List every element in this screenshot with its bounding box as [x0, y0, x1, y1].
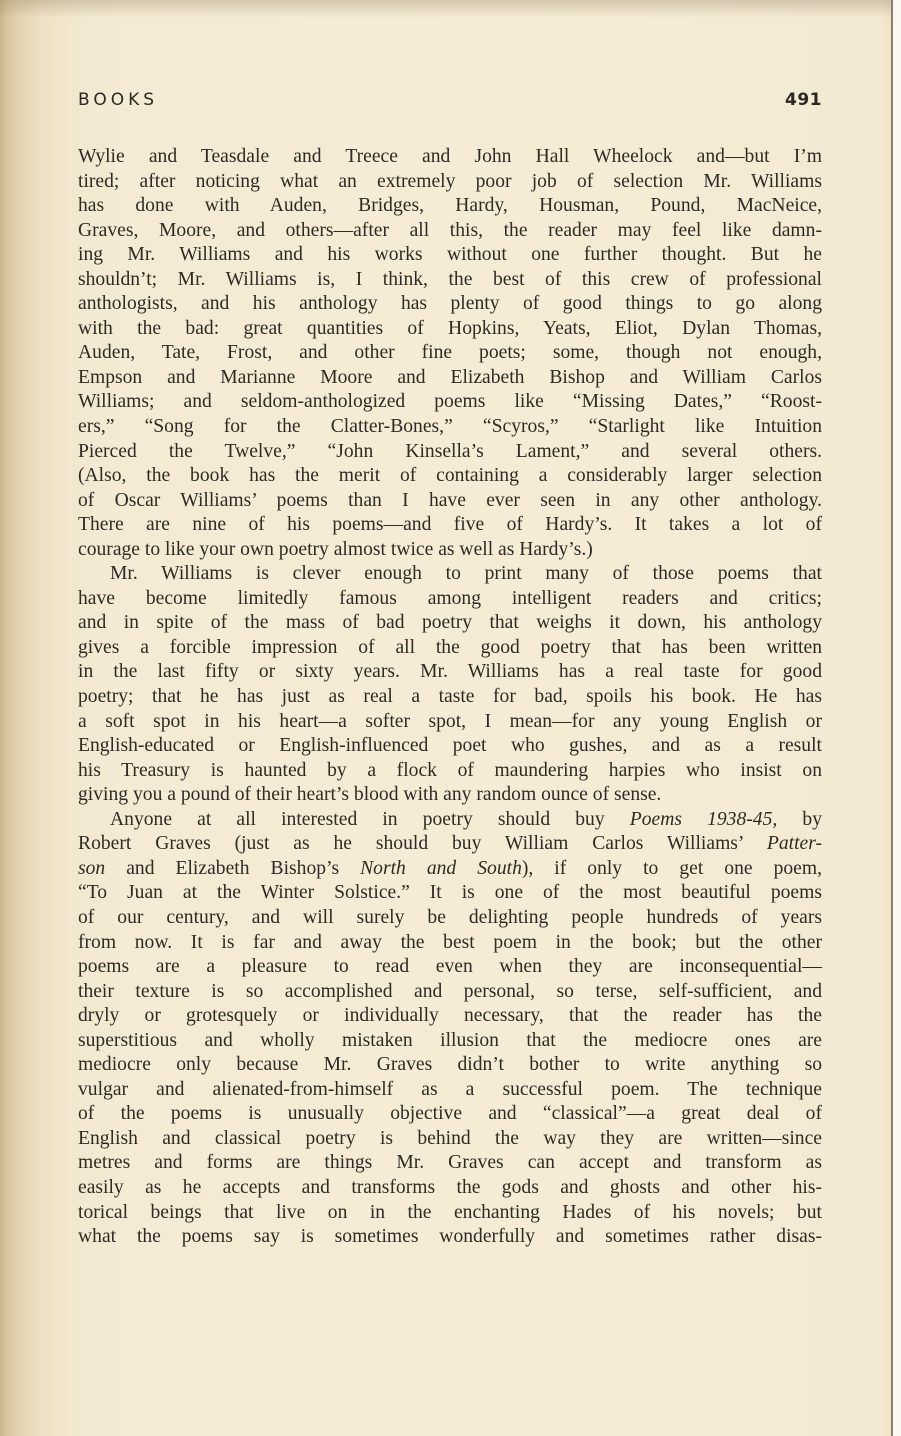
- running-head: BOOKS 491: [78, 90, 822, 114]
- text-line: metres and forms are things Mr. Graves c…: [78, 1151, 822, 1176]
- italic-title: son: [78, 858, 105, 879]
- text-line: gives a forcible impression of all the g…: [78, 636, 822, 661]
- text-line: of our century, and will surely be delig…: [78, 906, 822, 931]
- text-line: and in spite of the mass of bad poetry t…: [78, 611, 822, 636]
- text-line: Graves, Moore, and others—after all this…: [78, 219, 822, 244]
- page-number: 491: [785, 90, 822, 110]
- italic-title: Poems 1938-45,: [630, 809, 778, 830]
- text-line: Empson and Marianne Moore and Elizabeth …: [78, 366, 822, 391]
- italic-title: Patter-: [767, 833, 822, 854]
- text-line: (Also, the book has the merit of contain…: [78, 464, 822, 489]
- text-line: “To Juan at the Winter Solstice.” It is …: [78, 881, 822, 906]
- text-line: his Treasury is haunted by a flock of ma…: [78, 759, 822, 784]
- text-line: has done with Auden, Bridges, Hardy, Hou…: [78, 194, 822, 219]
- text-line: easily as he accepts and transforms the …: [78, 1176, 822, 1201]
- text-line: superstitious and wholly mistaken illusi…: [78, 1029, 822, 1054]
- text-line: vulgar and alienated-from-himself as a s…: [78, 1078, 822, 1103]
- text-line: shouldn’t; Mr. Williams is, I think, the…: [78, 268, 822, 293]
- paragraph: Mr. Williams is clever enough to print m…: [78, 562, 822, 807]
- text-line: with the bad: great quantities of Hopkin…: [78, 317, 822, 342]
- text-line: giving you a pound of their heart’s bloo…: [78, 783, 822, 808]
- top-edge-shadow: [0, 0, 901, 18]
- text-line: Robert Graves (just as he should buy Wil…: [78, 832, 822, 857]
- text-line: son and Elizabeth Bishop’s North and Sou…: [78, 857, 822, 882]
- text-line: There are nine of his poems—and five of …: [78, 513, 822, 538]
- text-line: English-educated or English-influenced p…: [78, 734, 822, 759]
- text-line: Mr. Williams is clever enough to print m…: [78, 562, 822, 587]
- text-line: Auden, Tate, Frost, and other fine poets…: [78, 341, 822, 366]
- text-line: in the last fifty or sixty years. Mr. Wi…: [78, 660, 822, 685]
- text-line: English and classical poetry is behind t…: [78, 1127, 822, 1152]
- text-line: courage to like your own poetry almost t…: [78, 538, 822, 563]
- paragraph: Wylie and Teasdale and Treece and John H…: [78, 145, 822, 562]
- text-line: of Oscar Williams’ poems than I have eve…: [78, 489, 822, 514]
- body-text: Wylie and Teasdale and Treece and John H…: [78, 145, 822, 1250]
- text-line: anthologists, and his anthology has plen…: [78, 292, 822, 317]
- text-line: ing Mr. Williams and his works without o…: [78, 243, 822, 268]
- paragraph: Anyone at all interested in poetry shoul…: [78, 808, 822, 1250]
- text-line: torical beings that live on in the encha…: [78, 1201, 822, 1226]
- text-line: Pierced the Twelve,” “John Kinsella’s La…: [78, 440, 822, 465]
- text-line: mediocre only because Mr. Graves didn’t …: [78, 1053, 822, 1078]
- book-page: BOOKS 491 Wylie and Teasdale and Treece …: [0, 0, 901, 1436]
- text-line: poetry; that he has just as real a taste…: [78, 685, 822, 710]
- text-line: what the poems say is sometimes wonderfu…: [78, 1225, 822, 1250]
- page-margin-outside: [893, 0, 901, 1436]
- text-line: dryly or grotesquely or individually nec…: [78, 1004, 822, 1029]
- text-line: Anyone at all interested in poetry shoul…: [78, 808, 822, 833]
- text-line: have become limitedly famous among intel…: [78, 587, 822, 612]
- text-line: of the poems is unusually objective and …: [78, 1102, 822, 1127]
- text-line: tired; after noticing what an extremely …: [78, 170, 822, 195]
- text-line: from now. It is far and away the best po…: [78, 931, 822, 956]
- text-line: a soft spot in his heart—a softer spot, …: [78, 710, 822, 735]
- section-title: BOOKS: [78, 90, 158, 110]
- text-line: poems are a pleasure to read even when t…: [78, 955, 822, 980]
- text-line: their texture is so accomplished and per…: [78, 980, 822, 1005]
- text-line: ers,” “Song for the Clatter-Bones,” “Scy…: [78, 415, 822, 440]
- text-line: Williams; and seldom-anthologized poems …: [78, 390, 822, 415]
- italic-title: North and South: [360, 858, 522, 879]
- text-line: Wylie and Teasdale and Treece and John H…: [78, 145, 822, 170]
